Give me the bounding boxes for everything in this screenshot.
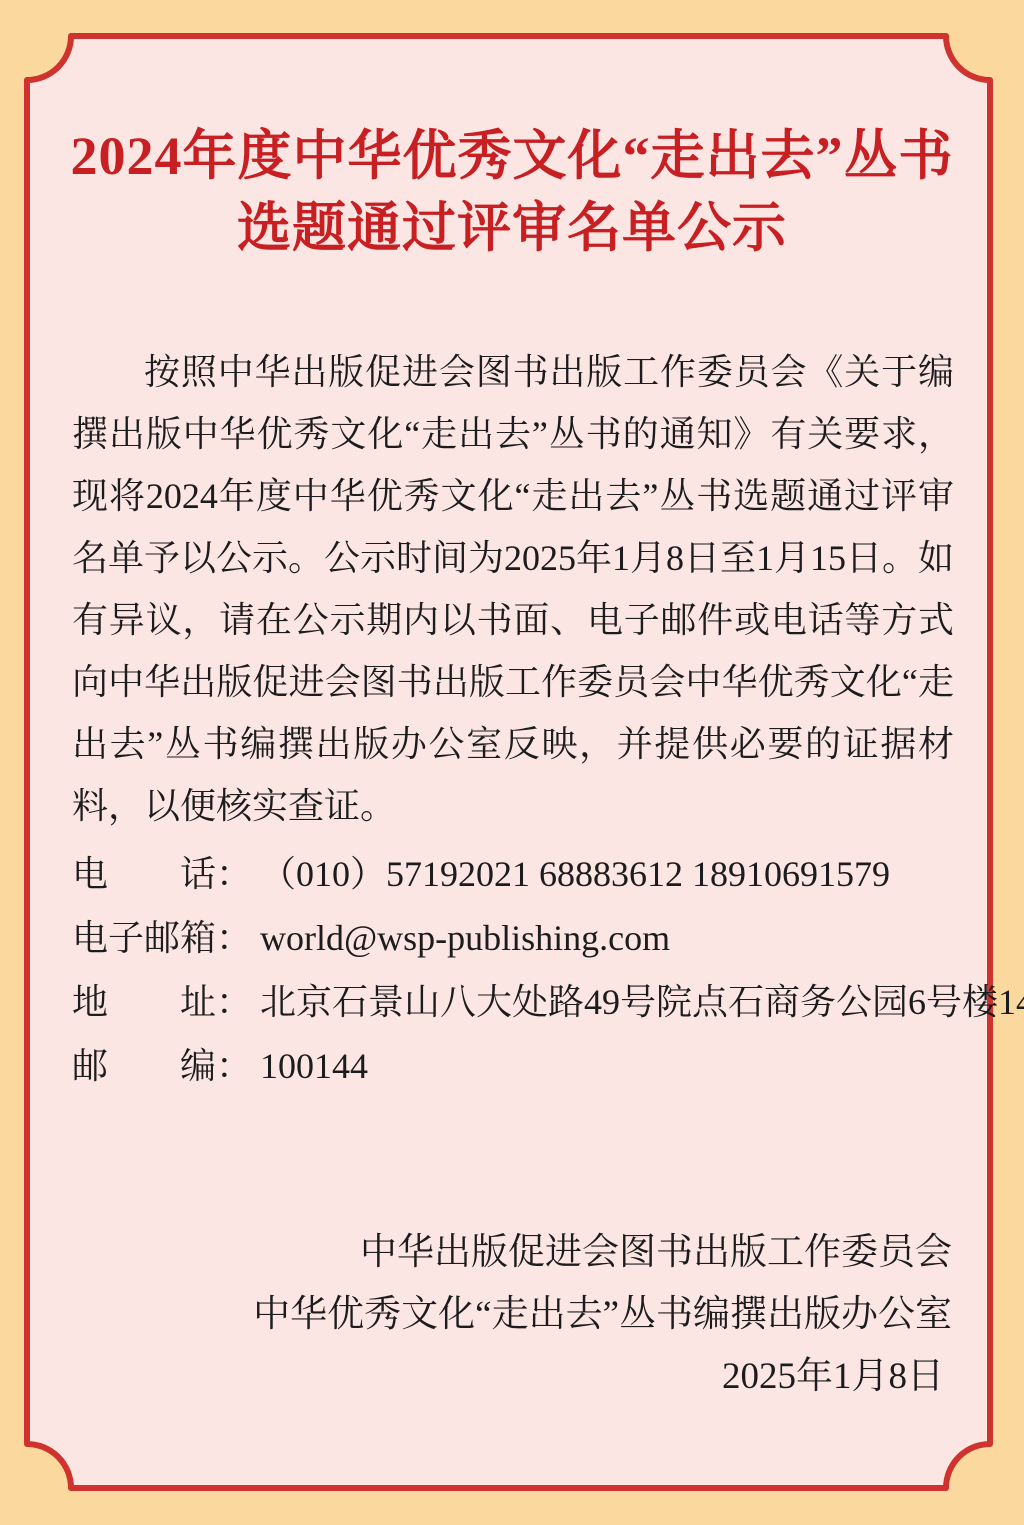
notice-title-line2: 选题通过评审名单公示 (50, 192, 974, 264)
contact-block: 电 话： （010）57192021 68883612 18910691579 … (72, 842, 964, 1098)
signature-org-2: 中华优秀文化“走出去”丛书编撰出版办公室 (72, 1284, 952, 1346)
notice-panel: 2024年度中华优秀文化“走出去”丛书 选题通过评审名单公示 按照中华出版促进会… (0, 0, 1024, 1525)
notice-body-paragraph: 按照中华出版促进会图书出版工作委员会《关于编撰出版中华优秀文化“走出去”丛书的通… (72, 341, 954, 837)
contact-row-email: 电子邮箱： world@wsp-publishing.com (72, 906, 964, 970)
contact-row-phone: 电 话： （010）57192021 68883612 18910691579 (72, 842, 964, 906)
address-label: 地 址： (72, 970, 252, 1034)
notice-page: 2024年度中华优秀文化“走出去”丛书 选题通过评审名单公示 按照中华出版促进会… (0, 0, 1024, 1525)
email-label: 电子邮箱： (72, 906, 252, 970)
address-value: 北京石景山八大处路49号院点石商务公园6号楼1409室 (252, 970, 1024, 1034)
contact-row-address: 地 址： 北京石景山八大处路49号院点石商务公园6号楼1409室 (72, 970, 964, 1034)
email-value: world@wsp-publishing.com (252, 906, 670, 970)
signature-date: 2025年1月8日 (72, 1346, 952, 1408)
postcode-value: 100144 (252, 1034, 368, 1098)
phone-value: （010）57192021 68883612 18910691579 (252, 842, 890, 906)
phone-label: 电 话： (72, 842, 252, 906)
postcode-label: 邮 编： (72, 1034, 252, 1098)
signature-block: 中华出版促进会图书出版工作委员会 中华优秀文化“走出去”丛书编撰出版办公室 20… (72, 1222, 952, 1408)
contact-row-postcode: 邮 编： 100144 (72, 1034, 964, 1098)
signature-org-1: 中华出版促进会图书出版工作委员会 (72, 1222, 952, 1284)
notice-title: 2024年度中华优秀文化“走出去”丛书 选题通过评审名单公示 (50, 120, 974, 264)
notice-title-line1: 2024年度中华优秀文化“走出去”丛书 (50, 120, 974, 192)
